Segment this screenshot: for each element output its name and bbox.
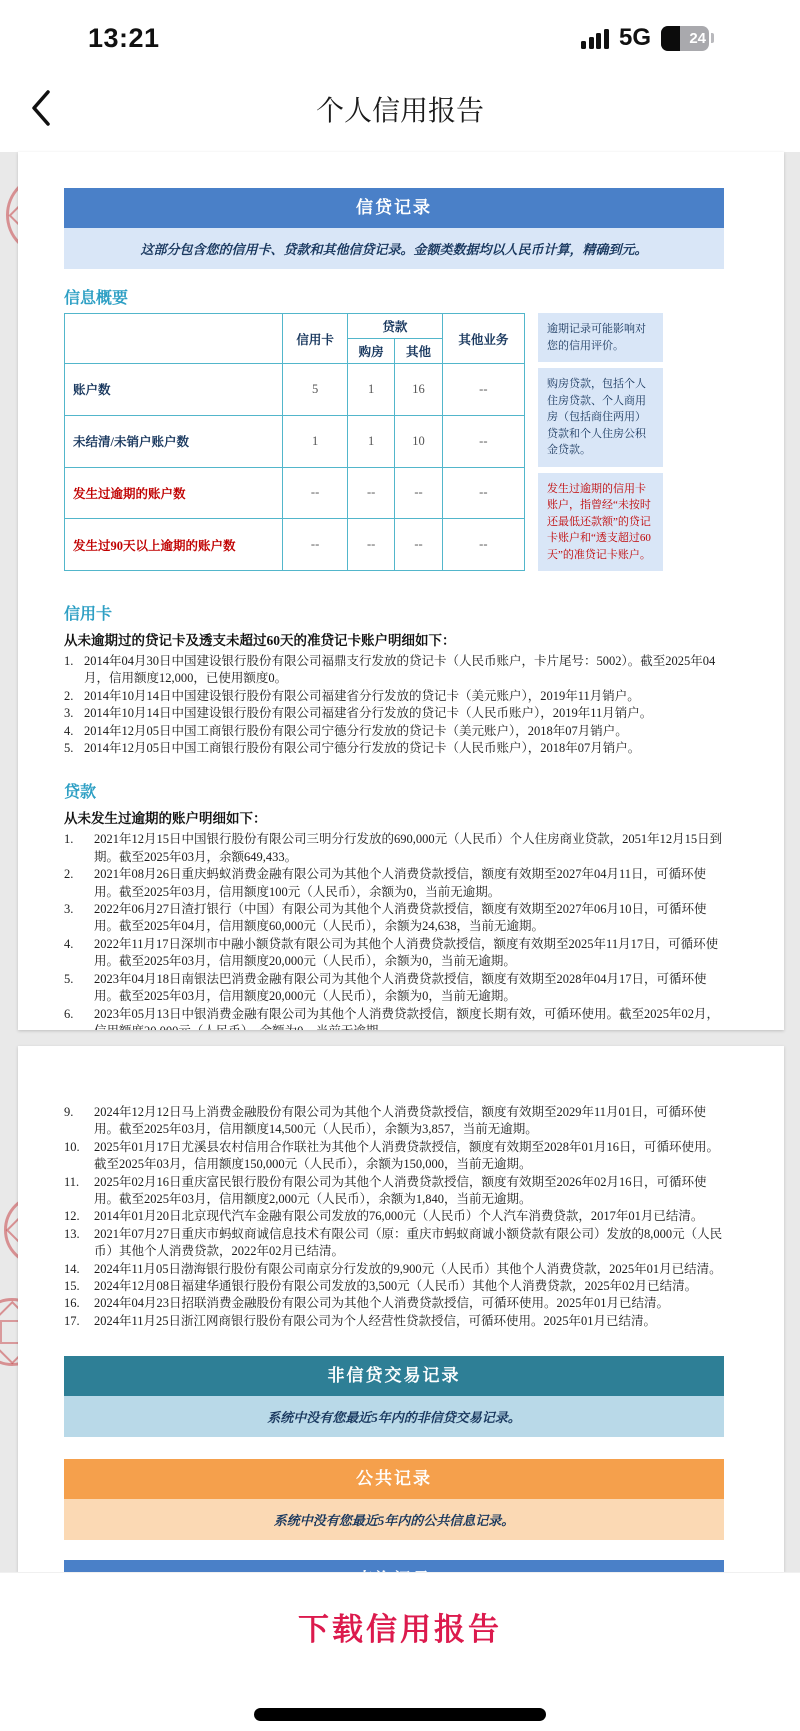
status-bar: 13:21 5G 24 [0,0,800,62]
battery-percent: 24 [689,26,706,51]
list-item-number: 6. [64,1006,94,1031]
list-item: 2.2021年08月26日重庆蚂蚁消费金融有限公司为其他个人消费贷款授信，额度有… [64,866,724,901]
summary-col-empty [65,314,283,364]
list-item: 3.2022年06月27日渣打银行（中国）有限公司为其他个人消费贷款授信，额度有… [64,901,724,936]
summary-col-loan: 贷款 [347,314,442,339]
summary-row: 发生过逾期的账户数-------- [65,467,525,519]
summary-note: 购房贷款，包括个人住房贷款、个人商用房（包括商住两用）贷款和个人住房公积金贷款。 [538,368,663,467]
list-item: 12.2014年01月20日北京现代汽车金融有限公司发放的76,000元（人民币… [64,1208,724,1225]
heading-loan: 贷款 [64,779,724,802]
list-item: 4.2014年12月05日中国工商银行股份有限公司宁德分行发放的贷记卡（美元账户… [64,723,724,740]
list-item: 14.2024年11月05日渤海银行股份有限公司南京分行发放的9,900元（人民… [64,1261,724,1278]
list-item-number: 11. [64,1174,94,1209]
loan-list-page2: 9.2024年12月12日马上消费金融股份有限公司为其他个人消费贷款授信，额度有… [64,1104,724,1330]
list-item-number: 10. [64,1139,94,1174]
list-item: 2.2014年10月14日中国建设银行股份有限公司福建省分行发放的贷记卡（美元账… [64,688,724,705]
list-item-text: 2024年11月25日浙江网商银行股份有限公司为个人经营性贷款授信，可循环使用。… [94,1313,724,1330]
section-note-credit-records: 这部分包含您的信用卡、贷款和其他信贷记录。金额类数据均以人民币计算，精确到元。 [64,228,724,269]
list-item-text: 2022年11月17日深圳市中融小额贷款有限公司为其他个人消费贷款授信，额度有效… [94,936,724,971]
report-scroll-area[interactable]: 征信中心 中国人民银行 CREDIT REFERENCE CENTER BANK… [0,152,800,1731]
summary-row-label: 账户数 [65,364,283,416]
list-item-number: 15. [64,1278,94,1295]
list-item-text: 2014年12月05日中国工商银行股份有限公司宁德分行发放的贷记卡（美元账户），… [84,723,724,740]
list-item-text: 2024年11月05日渤海银行股份有限公司南京分行发放的9,900元（人民币）其… [94,1261,724,1278]
list-item-number: 14. [64,1261,94,1278]
list-item: 10.2025年01月17日尤溪县农村信用合作联社为其他个人消费贷款授信，额度有… [64,1139,724,1174]
summary-cell: 1 [283,415,348,467]
list-item-text: 2014年12月05日中国工商银行股份有限公司宁德分行发放的贷记卡（人民币账户）… [84,740,724,757]
list-item-number: 5. [64,971,94,1006]
loan-list-page1: 1.2021年12月15日中国银行股份有限公司三明分行发放的690,000元（人… [64,831,724,1030]
summary-col-loan-other: 其他 [395,339,442,364]
summary-row-label: 未结清/未销户账户数 [65,415,283,467]
list-item-number: 1. [64,831,94,866]
list-item-text: 2024年12月12日马上消费金融股份有限公司为其他个人消费贷款授信，额度有效期… [94,1104,724,1139]
list-item-text: 2021年08月26日重庆蚂蚁消费金融有限公司为其他个人消费贷款授信，额度有效期… [94,866,724,901]
summary-col-credit-card: 信用卡 [283,314,348,364]
summary-cell: 16 [395,364,442,416]
summary-cell: 5 [283,364,348,416]
list-item: 11.2025年02月16日重庆富民银行股份有限公司为其他个人消费贷款授信，额度… [64,1174,724,1209]
network-type-label: 5G [619,24,651,52]
loan-intro: 从未发生过逾期的账户明细如下： [64,807,724,827]
summary-cell: -- [442,415,524,467]
summary-cell: -- [283,519,348,571]
list-item: 1.2014年04月30日中国建设银行股份有限公司福鼎支行发放的贷记卡（人民币账… [64,653,724,688]
list-item-number: 4. [64,936,94,971]
home-indicator[interactable] [254,1708,546,1721]
heading-credit-card: 信用卡 [64,601,724,624]
battery-nub [711,33,714,43]
section-header-non-credit: 非信贷交易记录 [64,1356,724,1396]
list-item-text: 2014年01月20日北京现代汽车金融有限公司发放的76,000元（人民币）个人… [94,1208,724,1225]
summary-row-label: 发生过逾期的账户数 [65,467,283,519]
list-item: 13.2021年07月27日重庆市蚂蚁商诚信息技术有限公司（原：重庆市蚂蚁商诚小… [64,1226,724,1261]
summary-cell: -- [347,467,394,519]
summary-notes: 逾期记录可能影响对您的信用评价。购房贷款，包括个人住房贷款、个人商用房（包括商住… [538,313,663,571]
list-item-number: 4. [64,723,84,740]
credit-card-intro: 从未逾期过的贷记卡及透支未超过60天的准贷记卡账户明细如下： [64,629,724,649]
summary-col-loan-house: 购房 [347,339,394,364]
heading-info-summary: 信息概要 [64,285,724,308]
clock: 13:21 [88,23,160,54]
section-note-non-credit: 系统中没有您最近5年内的非信贷交易记录。 [64,1396,724,1437]
summary-col-other-biz: 其他业务 [442,314,524,364]
list-item-text: 2014年10月14日中国建设银行股份有限公司福建省分行发放的贷记卡（人民币账户… [84,705,724,722]
list-item-number: 5. [64,740,84,757]
list-item-text: 2021年07月27日重庆市蚂蚁商诚信息技术有限公司（原：重庆市蚂蚁商诚小额贷款… [94,1226,724,1261]
list-item: 3.2014年10月14日中国建设银行股份有限公司福建省分行发放的贷记卡（人民币… [64,705,724,722]
list-item: 17.2024年11月25日浙江网商银行股份有限公司为个人经营性贷款授信，可循环… [64,1313,724,1330]
list-item-number: 13. [64,1226,94,1261]
list-item-number: 1. [64,653,84,688]
list-item: 4.2022年11月17日深圳市中融小额贷款有限公司为其他个人消费贷款授信，额度… [64,936,724,971]
list-item-number: 2. [64,866,94,901]
summary-row: 账户数5116-- [65,364,525,416]
summary-cell: -- [283,467,348,519]
battery-icon: 24 [661,26,709,51]
list-item: 5.2023年04月18日南银法巴消费金融有限公司为其他个人消费贷款授信，额度有… [64,971,724,1006]
summary-note: 逾期记录可能影响对您的信用评价。 [538,313,663,362]
list-item-number: 3. [64,705,84,722]
list-item: 15.2024年12月08日福建华通银行股份有限公司发放的3,500元（人民币）… [64,1278,724,1295]
summary-row-label: 发生过90天以上逾期的账户数 [65,519,283,571]
summary-cell: -- [442,364,524,416]
list-item: 6.2023年05月13日中银消费金融有限公司为其他个人消费贷款授信，额度长期有… [64,1006,724,1031]
list-item-number: 2. [64,688,84,705]
page-title: 个人信用报告 [0,89,800,129]
report-page-2: 9.2024年12月12日马上消费金融股份有限公司为其他个人消费贷款授信，额度有… [18,1046,784,1572]
report-page-1: 信贷记录 这部分包含您的信用卡、贷款和其他信贷记录。金额类数据均以人民币计算，精… [18,152,784,1030]
list-item-text: 2014年10月14日中国建设银行股份有限公司福建省分行发放的贷记卡（美元账户）… [84,688,724,705]
section-public-records: 公共记录 系统中没有您最近5年内的公共信息记录。 [64,1459,724,1540]
list-item-text: 2023年05月13日中银消费金融有限公司为其他个人消费贷款授信，额度长期有效，… [94,1006,724,1031]
credit-card-list: 1.2014年04月30日中国建设银行股份有限公司福鼎支行发放的贷记卡（人民币账… [64,653,724,757]
section-note-public-records: 系统中没有您最近5年内的公共信息记录。 [64,1499,724,1540]
list-item-text: 2025年01月17日尤溪县农村信用合作联社为其他个人消费贷款授信，额度有效期至… [94,1139,724,1174]
summary-table: 信用卡 贷款 其他业务 购房 其他 账户数5116--未结清/未销户账户数111… [64,313,525,571]
summary-block: 信用卡 贷款 其他业务 购房 其他 账户数5116--未结清/未销户账户数111… [64,313,724,571]
list-item-number: 3. [64,901,94,936]
list-item-number: 17. [64,1313,94,1330]
summary-cell: -- [442,519,524,571]
summary-cell: -- [395,519,442,571]
summary-cell: -- [442,467,524,519]
list-item: 16.2024年04月23日招联消费金融股份有限公司为其他个人消费贷款授信，可循… [64,1295,724,1312]
nav-bar: 个人信用报告 [0,78,800,140]
list-item: 9.2024年12月12日马上消费金融股份有限公司为其他个人消费贷款授信，额度有… [64,1104,724,1139]
summary-note: 发生过逾期的信用卡账户，指曾经“未按时还最低还款额”的贷记卡账户和“透支超过60… [538,473,663,572]
list-item-text: 2024年12月08日福建华通银行股份有限公司发放的3,500元（人民币）其他个… [94,1278,724,1295]
list-item-number: 12. [64,1208,94,1225]
summary-row: 发生过90天以上逾期的账户数-------- [65,519,525,571]
list-item-text: 2025年02月16日重庆富民银行股份有限公司为其他个人消费贷款授信，额度有效期… [94,1174,724,1209]
section-header-public-records: 公共记录 [64,1459,724,1499]
summary-cell: -- [395,467,442,519]
list-item-text: 2023年04月18日南银法巴消费金融有限公司为其他个人消费贷款授信，额度有效期… [94,971,724,1006]
list-item-text: 2024年04月23日招联消费金融股份有限公司为其他个人消费贷款授信，可循环使用… [94,1295,724,1312]
summary-cell: 10 [395,415,442,467]
chevron-left-icon [30,88,52,128]
list-item-number: 16. [64,1295,94,1312]
bottom-bar: 下载信用报告 [0,1572,800,1731]
section-header-next-partial: 查询记录 [64,1560,724,1572]
signal-strength-icon [581,28,609,49]
back-button[interactable] [30,86,70,130]
section-non-credit: 非信贷交易记录 系统中没有您最近5年内的非信贷交易记录。 [64,1356,724,1437]
section-header-credit-records: 信贷记录 [64,188,724,228]
list-item-number: 9. [64,1104,94,1139]
list-item: 1.2021年12月15日中国银行股份有限公司三明分行发放的690,000元（人… [64,831,724,866]
list-item-text: 2014年04月30日中国建设银行股份有限公司福鼎支行发放的贷记卡（人民币账户，… [84,653,724,688]
download-report-button[interactable]: 下载信用报告 [292,1603,508,1650]
list-item: 5.2014年12月05日中国工商银行股份有限公司宁德分行发放的贷记卡（人民币账… [64,740,724,757]
summary-cell: -- [347,519,394,571]
list-item-text: 2022年06月27日渣打银行（中国）有限公司为其他个人消费贷款授信，额度有效期… [94,901,724,936]
summary-cell: 1 [347,364,394,416]
list-item-text: 2021年12月15日中国银行股份有限公司三明分行发放的690,000元（人民币… [94,831,724,866]
summary-row: 未结清/未销户账户数1110-- [65,415,525,467]
summary-cell: 1 [347,415,394,467]
